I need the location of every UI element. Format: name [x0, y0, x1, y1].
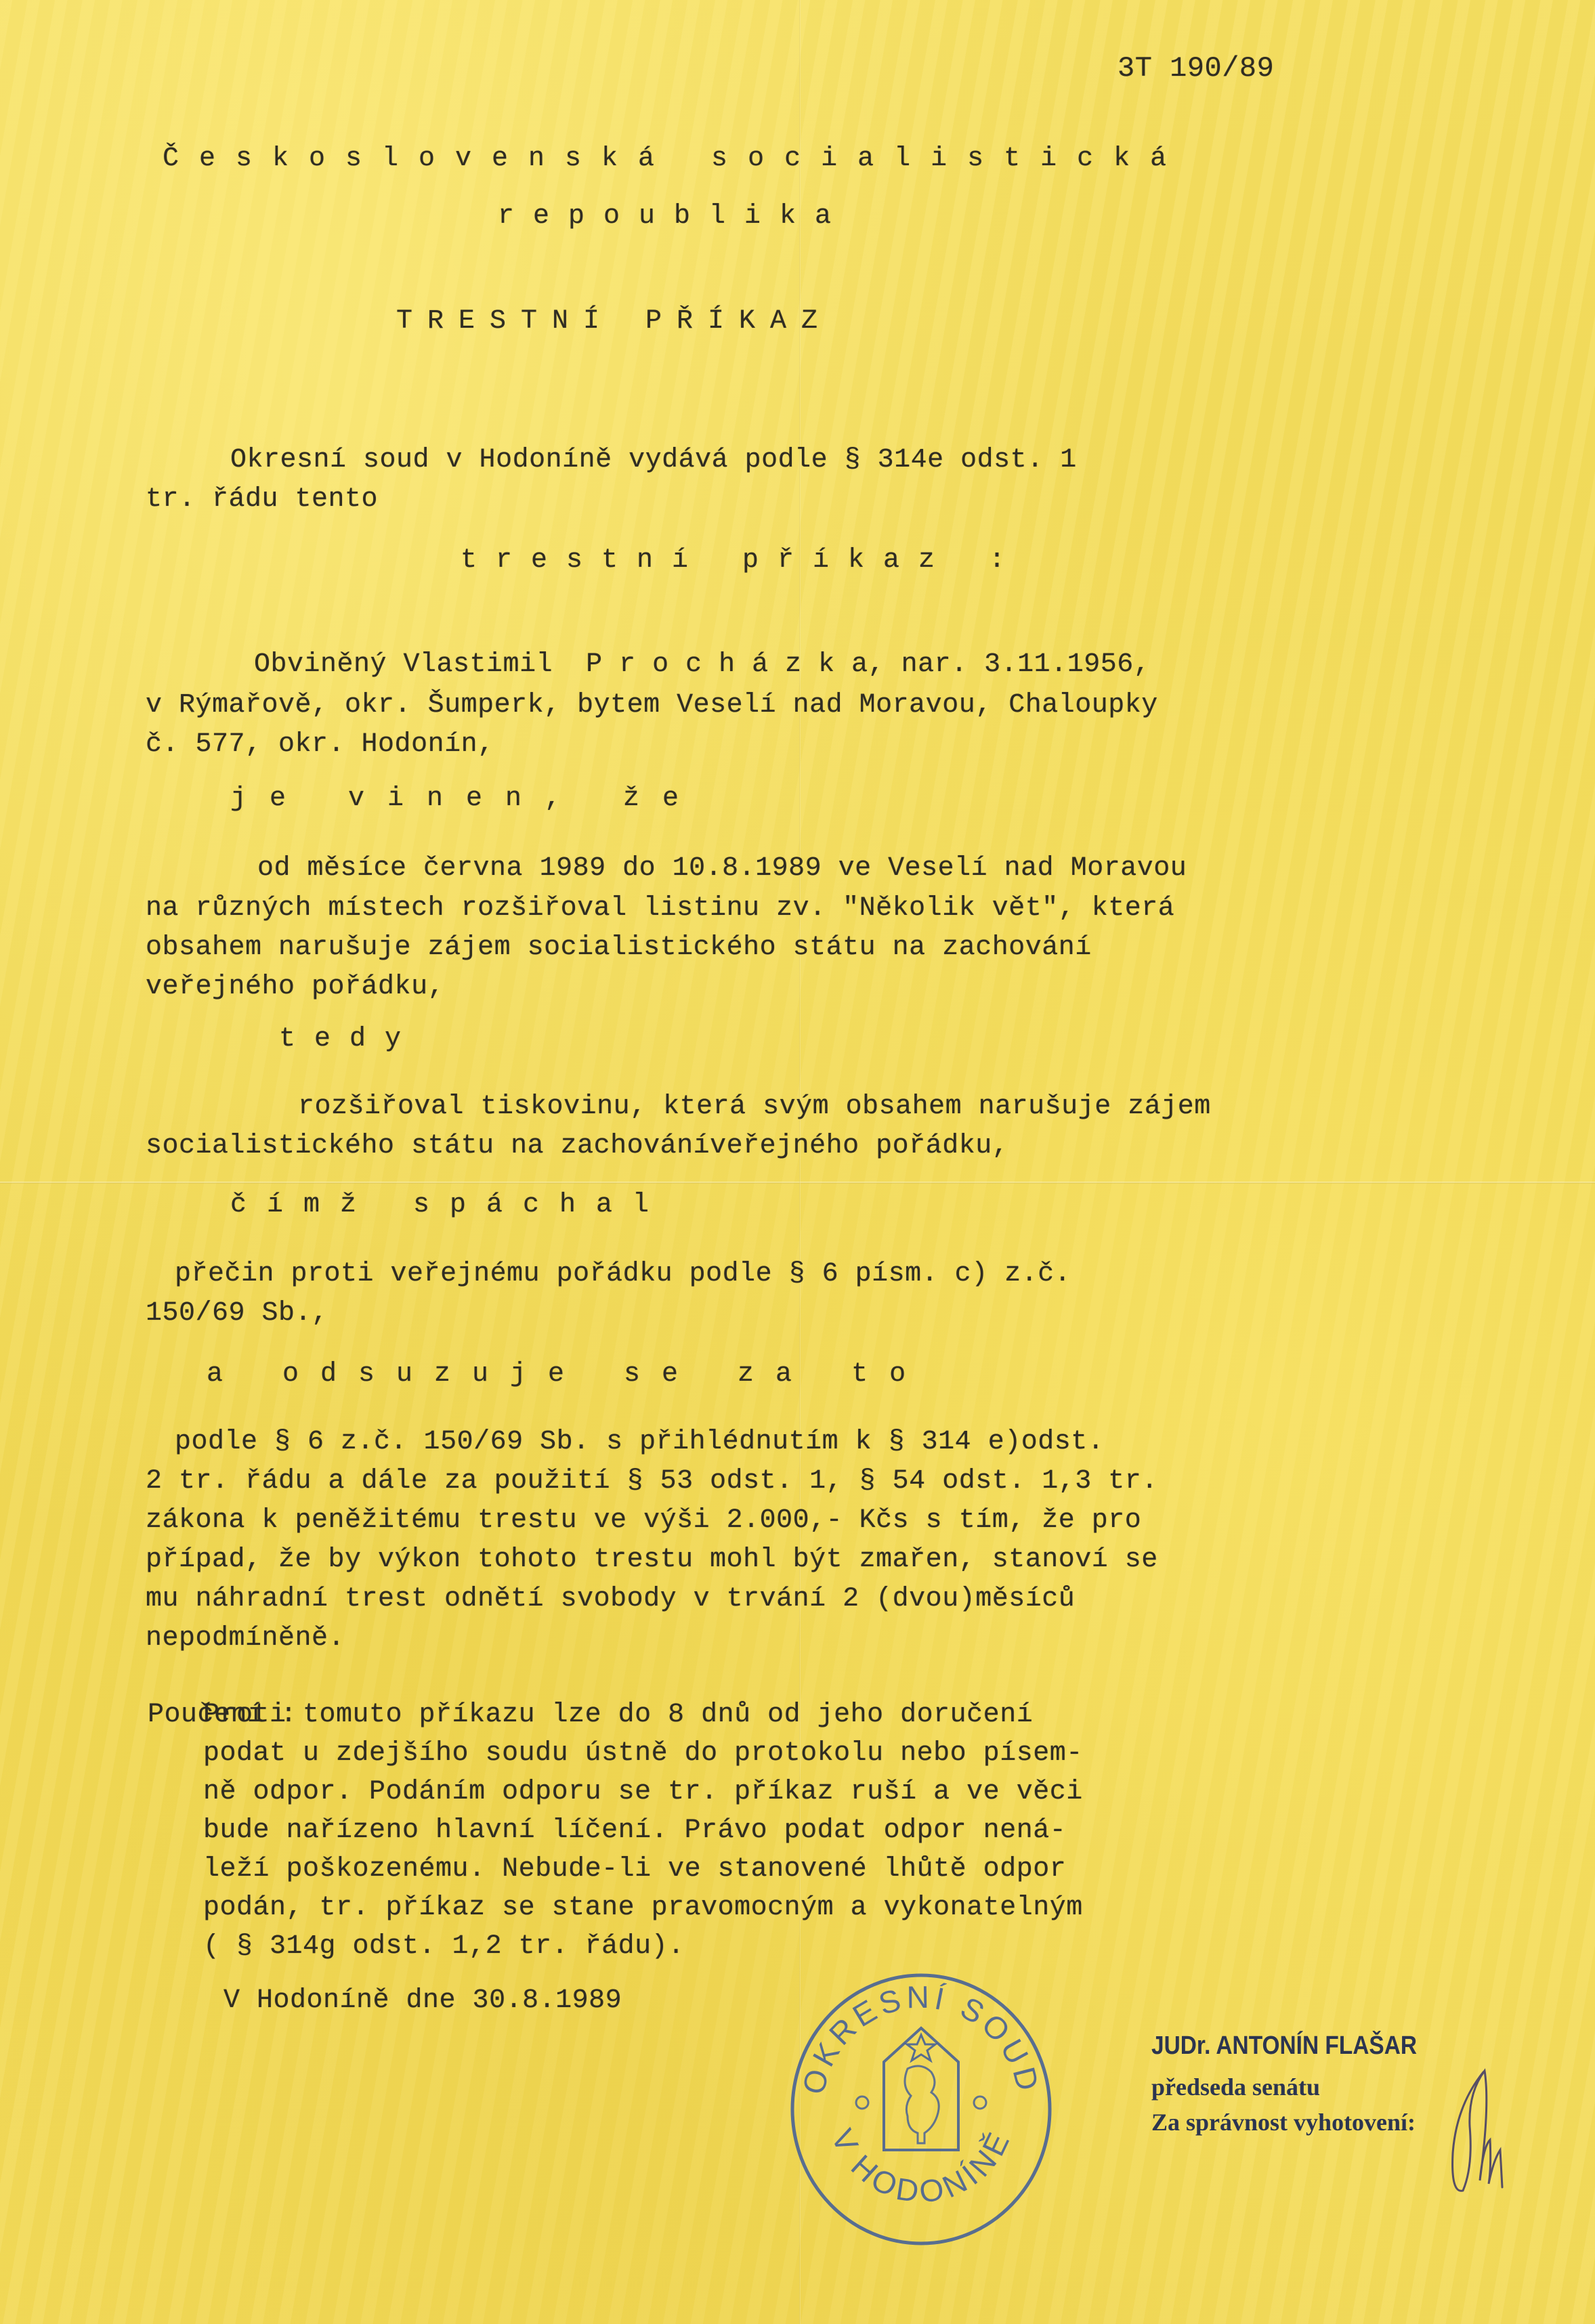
instruction-line-3: ně odpor. Podáním odporu se tr. příkaz r…	[203, 1779, 1083, 1806]
instruction-line-4: bude nařízeno hlavní líčení. Právo podat…	[203, 1817, 1066, 1845]
signatory-name: JUDr. ANTONÍN FLAŠAR	[1151, 2031, 1417, 2061]
svg-text:V HODONÍNĚ: V HODONÍNĚ	[825, 2124, 1018, 2210]
instruction-line-2: podat u zdejšího soudu ústně do protokol…	[203, 1740, 1083, 1767]
sentence-line-6: nepodmíněně.	[146, 1625, 345, 1652]
court-seal-icon: OKRESNÍ SOUD V HODONÍNĚ	[782, 1967, 1060, 2252]
committed-heading: čímž spáchal	[230, 1192, 669, 1219]
facts-line-4: veřejného pořádku,	[146, 974, 444, 1001]
signatory-role: předseda senátu	[1151, 2073, 1453, 2101]
sentence-line-2: 2 tr. řádu a dále za použití § 53 odst. …	[146, 1468, 1158, 1495]
heading-republic: repoublika	[498, 203, 850, 230]
instruction-line-6: podán, tr. příkaz se stane pravomocným a…	[203, 1895, 1083, 1922]
place-and-date: V Hodoníně dne 30.8.1989	[224, 1987, 622, 2015]
sentence-line-4: případ, že by výkon tohoto trestu mohl b…	[146, 1547, 1158, 1574]
accused-line-1: Obviněný Vlastimil P r o c h á z k a, na…	[254, 651, 1150, 679]
intro-line-2: tr. řádu tento	[146, 486, 378, 513]
sentence-line-1: podle § 6 z.č. 150/69 Sb. s přihlédnutím…	[175, 1429, 1104, 1456]
handwritten-signature-icon	[1443, 2065, 1504, 2201]
sentenced-heading: a odsuzuje se za to	[207, 1361, 927, 1388]
document-title: TRESTNÍ PŘÍKAZ	[396, 308, 832, 335]
accused-line-3: č. 577, okr. Hodonín,	[146, 731, 494, 758]
order-subtitle: trestní příkaz :	[461, 547, 1024, 574]
instruction-line-1: Proti tomuto příkazu lze do 8 dnů od jeh…	[203, 1702, 1033, 1729]
facts-line-1: od měsíce června 1989 do 10.8.1989 ve Ve…	[257, 855, 1187, 882]
instruction-line-5: leží poškozenému. Nebude-li ve stanovené…	[203, 1856, 1066, 1883]
facts-line-3: obsahem narušuje zájem socialistického s…	[146, 934, 1092, 962]
signatory-block: JUDr. ANTONÍN FLAŠAR předseda senátu Za …	[1151, 2031, 1453, 2136]
offense-line-1: přečin proti veřejnému pořádku podle § 6…	[175, 1261, 1071, 1288]
intro-line-1: Okresní soud v Hodoníně vydává podle § 3…	[230, 447, 1077, 474]
instruction-line-7: ( § 314g odst. 1,2 tr. řádu).	[203, 1933, 685, 1960]
sentence-line-3: zákona k peněžitému trestu ve výši 2.000…	[146, 1507, 1141, 1534]
offense-line-2: 150/69 Sb.,	[146, 1300, 328, 1327]
accused-line-2: v Rýmařově, okr. Šumperk, bytem Veselí n…	[146, 692, 1158, 719]
tedy-heading: tedy	[279, 1026, 420, 1053]
restated-line-1: rozšiřoval tiskovinu, která svým obsahem…	[298, 1094, 1211, 1121]
facts-line-2: na různých místech rozšiřoval listinu zv…	[146, 895, 1174, 922]
svg-text:OKRESNÍ SOUD: OKRESNÍ SOUD	[795, 1979, 1047, 2098]
court-stamp: OKRESNÍ SOUD V HODONÍNĚ	[782, 1967, 1060, 2252]
case-number: 3T 190/89	[1118, 54, 1274, 83]
heading-state-name: Československá socialistická	[163, 146, 1187, 173]
paper-fold-horizontal	[0, 1182, 1595, 1184]
restated-line-2: socialistického státu na zachováníveřejn…	[146, 1133, 1008, 1160]
guilty-heading: je vinen, že	[230, 786, 702, 813]
sentence-line-5: mu náhradní trest odnětí svobody v trván…	[146, 1586, 1075, 1613]
certification-line: Za správnost vyhotovení:	[1151, 2108, 1453, 2136]
